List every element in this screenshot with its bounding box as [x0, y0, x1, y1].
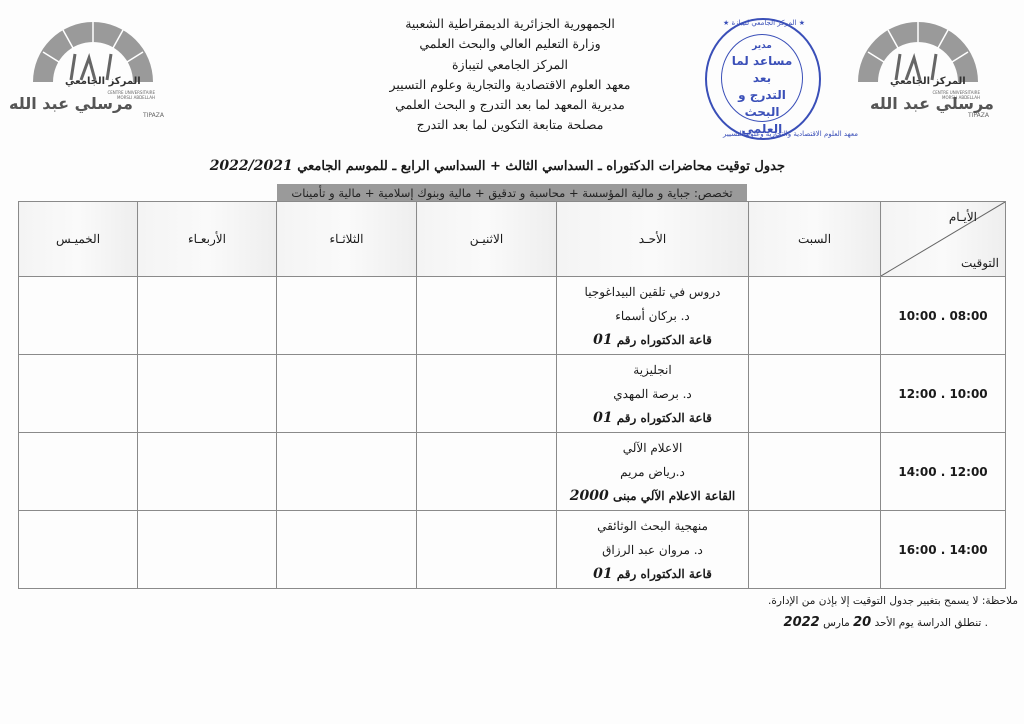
- timetable: الأيـام التوقيت السبت الأحـد الاثنيـن ال…: [18, 201, 1006, 589]
- teacher-name: د. بركان أسماء: [557, 304, 748, 328]
- day-header-wednesday: الأربعـاء: [138, 202, 277, 277]
- header-line-service: مصلحة متابعة التكوين لما بعد التدرج: [330, 115, 690, 135]
- cell-sunday-session: دروس في تلقين البيداغوجيا د. بركان أسماء…: [557, 277, 749, 355]
- logo-arabic-name: المركز الجامعي: [890, 76, 966, 87]
- logo-arc-icon: [23, 12, 163, 82]
- course-name: منهجية البحث الوثائقي: [557, 514, 748, 538]
- course-name: الاعلام الآلي: [557, 436, 748, 460]
- cell-sunday-session: الاعلام الآلي د.رياض مريم القاعة الاعلام…: [557, 433, 749, 511]
- time-slot: 10:00 . 08:00: [881, 277, 1006, 355]
- room-number: 01: [593, 332, 612, 348]
- room: قاعة الدكتوراه رقم 01: [557, 562, 748, 586]
- table-row: 12:00 . 10:00 انجليزية د. برصة المهدي قا…: [19, 355, 1006, 433]
- cell-tuesday: [277, 433, 417, 511]
- header-line-republic: الجمهورية الجزائرية الديمقراطية الشعبية: [330, 14, 690, 34]
- cell-thursday: [19, 355, 138, 433]
- course-name: دروس في تلقين البيداغوجيا: [557, 280, 748, 304]
- cell-saturday: [749, 355, 881, 433]
- table-row: 10:00 . 08:00 دروس في تلقين البيداغوجيا …: [19, 277, 1006, 355]
- day-header-monday: الاثنيـن: [417, 202, 557, 277]
- institution-header: الجمهورية الجزائرية الديمقراطية الشعبية …: [330, 14, 690, 136]
- cell-saturday: [749, 433, 881, 511]
- room: قاعة الدكتوراه رقم 01: [557, 406, 748, 430]
- logo-script: مرسلي عبد الله: [870, 94, 994, 113]
- cell-thursday: [19, 433, 138, 511]
- cell-wednesday: [138, 511, 277, 589]
- room-number: 01: [593, 566, 612, 582]
- start-date-note: . تنطلق الدراسة يوم الأحد 20 مارس 2022: [560, 612, 1018, 634]
- change-policy-note: ملاحظة: لا يسمح بتغيير جدول التوقيت إلا …: [560, 590, 1018, 612]
- cell-monday: [417, 433, 557, 511]
- table-row: 14:00 . 12:00 الاعلام الآلي د.رياض مريم …: [19, 433, 1006, 511]
- university-logo-left: المركز الجامعي CENTRE UNIVERSITAIRE MORS…: [5, 8, 190, 128]
- day-header-saturday: السبت: [749, 202, 881, 277]
- header-line-institute: معهد العلوم الاقتصادية والتجارية وعلوم ا…: [330, 75, 690, 95]
- cell-saturday: [749, 511, 881, 589]
- cell-thursday: [19, 277, 138, 355]
- start-year: 2022: [784, 615, 820, 630]
- start-prefix: . تنطلق الدراسة يوم الأحد: [875, 617, 988, 629]
- logo-script: مرسلي عبد الله: [9, 94, 133, 113]
- cell-tuesday: [277, 277, 417, 355]
- corner-cell: الأيـام التوقيت: [881, 202, 1006, 277]
- logo-city: TIPAZA: [143, 112, 164, 119]
- cell-monday: [417, 355, 557, 433]
- cell-tuesday: [277, 511, 417, 589]
- cell-sunday-session: منهجية البحث الوثائقي د. مروان عبد الرزا…: [557, 511, 749, 589]
- stamp-line: مدير: [722, 39, 802, 53]
- cell-wednesday: [138, 355, 277, 433]
- cell-tuesday: [277, 355, 417, 433]
- teacher-name: د.رياض مريم: [557, 460, 748, 484]
- time-slot: 14:00 . 12:00: [881, 433, 1006, 511]
- cell-thursday: [19, 511, 138, 589]
- header-line-center: المركز الجامعي لتيبازة: [330, 55, 690, 75]
- room-number: 01: [593, 410, 612, 426]
- cell-wednesday: [138, 433, 277, 511]
- schedule-title: جدول توقيت محاضرات الدكتوراه ـ السداسي ا…: [225, 158, 785, 174]
- time-label: التوقيت: [961, 256, 999, 270]
- room: القاعة الاعلام الآلي مبنى 2000: [557, 484, 748, 508]
- room-label: قاعة الدكتوراه رقم: [617, 411, 712, 425]
- table-row: 16:00 . 14:00 منهجية البحث الوثائقي د. م…: [19, 511, 1006, 589]
- start-month: مارس: [823, 617, 850, 629]
- start-day: 20: [853, 615, 871, 630]
- cell-sunday-session: انجليزية د. برصة المهدي قاعة الدكتوراه ر…: [557, 355, 749, 433]
- stamp-line: التدرج و البحث: [722, 87, 802, 121]
- cell-monday: [417, 511, 557, 589]
- time-slot: 16:00 . 14:00: [881, 511, 1006, 589]
- room: قاعة الدكتوراه رقم 01: [557, 328, 748, 352]
- time-slot: 12:00 . 10:00: [881, 355, 1006, 433]
- timetable-header-row: الأيـام التوقيت السبت الأحـد الاثنيـن ال…: [19, 202, 1006, 277]
- teacher-name: د. مروان عبد الرزاق: [557, 538, 748, 562]
- cell-wednesday: [138, 277, 277, 355]
- room-number: 2000: [570, 488, 609, 504]
- cell-saturday: [749, 277, 881, 355]
- university-logo-right: المركز الجامعي CENTRE UNIVERSITAIRE MORS…: [830, 8, 1015, 128]
- room-label: القاعة الاعلام الآلي مبنى: [613, 489, 735, 503]
- room-label: قاعة الدكتوراه رقم: [617, 333, 712, 347]
- day-header-sunday: الأحـد: [557, 202, 749, 277]
- stamp-ring-top: ★ المركز الجامعي لتيبازة ★: [723, 19, 805, 27]
- stamp-ring-bottom: معهد العلوم الاقتصادية والتجارية وعلوم ا…: [723, 130, 858, 138]
- stamp-inner: مدير مساعد لما بعد التدرج و البحث العلمي: [721, 34, 803, 122]
- room-label: قاعة الدكتوراه رقم: [617, 567, 712, 581]
- official-stamp: ★ المركز الجامعي لتيبازة ★ مدير مساعد لم…: [705, 18, 821, 140]
- notes: ملاحظة: لا يسمح بتغيير جدول التوقيت إلا …: [560, 590, 1018, 634]
- header-line-ministry: وزارة التعليم العالي والبحث العلمي: [330, 34, 690, 54]
- days-label: الأيـام: [949, 210, 977, 224]
- logo-arabic-name: المركز الجامعي: [65, 76, 141, 87]
- day-header-tuesday: الثلاثـاء: [277, 202, 417, 277]
- header-line-directorate: مديرية المعهد لما بعد التدرج و البحث الع…: [330, 95, 690, 115]
- cell-monday: [417, 277, 557, 355]
- stamp-line: مساعد لما بعد: [722, 53, 802, 87]
- logo-city: TIPAZA: [968, 112, 989, 119]
- schedule-title-text: جدول توقيت محاضرات الدكتوراه ـ السداسي ا…: [297, 159, 785, 174]
- schedule-title-year: 2022/2021: [210, 158, 293, 174]
- teacher-name: د. برصة المهدي: [557, 382, 748, 406]
- logo-arc-icon: [848, 12, 988, 82]
- course-name: انجليزية: [557, 358, 748, 382]
- day-header-thursday: الخميـس: [19, 202, 138, 277]
